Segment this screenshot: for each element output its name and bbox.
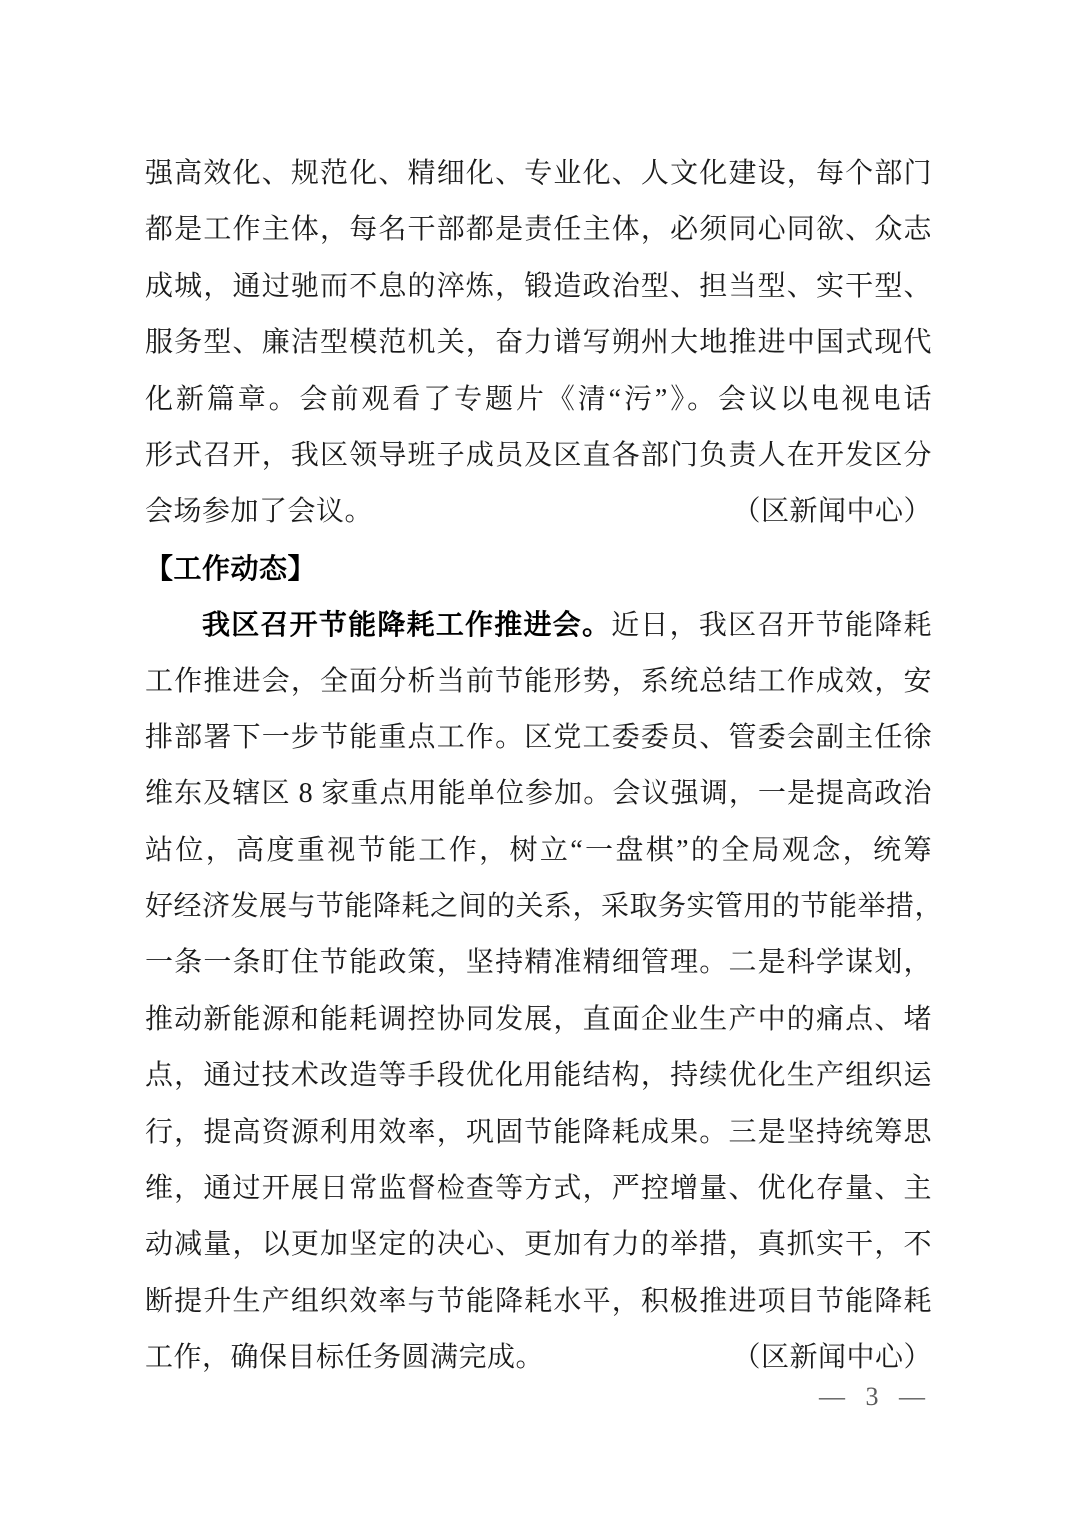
paragraph-line: 工作推进会，全面分析当前节能形势，系统总结工作成效，安 <box>145 654 932 710</box>
paragraph-line: 一条一条盯住节能政策，坚持精准精细管理。二是科学谋划， <box>145 935 932 991</box>
document-body: 强高效化、规范化、精细化、专业化、人文化建设，每个部门 都是工作主体，每名干部都… <box>145 146 932 1387</box>
paragraph-line: 点，通过技术改造等手段优化用能结构，持续优化生产组织运 <box>145 1048 932 1104</box>
attribution-news-center: （区新闻中心） <box>732 484 932 540</box>
paragraph-line: 维东及辖区 8 家重点用能单位参加。会议强调，一是提高政治 <box>145 766 932 822</box>
attribution-news-center: （区新闻中心） <box>732 1330 932 1386</box>
paragraph-first-line-text: 近日，我区召开节能降耗 <box>611 610 932 641</box>
paragraph-line: 服务型、廉洁型模范机关，奋力谱写朔州大地推进中国式现代 <box>145 315 932 371</box>
paragraph-line: 推动新能源和能耗调控协同发展，直面企业生产中的痛点、堵 <box>145 992 932 1048</box>
paragraph-last-line: 工作，确保目标任务圆满完成。 （区新闻中心） <box>145 1330 932 1386</box>
paragraph-line: 动减量，以更加坚定的决心、更加有力的举措，真抓实干，不 <box>145 1217 932 1273</box>
paragraph-line: 化新篇章。会前观看了专题片《清“污”》。会议以电视电话 <box>145 372 932 428</box>
paragraph-line: 维，通过开展日常监督检查等方式，严控增量、优化存量、主 <box>145 1161 932 1217</box>
paragraph-line: 强高效化、规范化、精细化、专业化、人文化建设，每个部门 <box>145 146 932 202</box>
paragraph-line: 都是工作主体，每名干部都是责任主体，必须同心同欲、众志 <box>145 202 932 258</box>
article-title-bold-leadin: 我区召开节能降耗工作推进会。 <box>202 609 611 640</box>
paragraph-line: 断提升生产组织效率与节能降耗水平，积极推进项目节能降耗 <box>145 1274 932 1330</box>
paragraph-line: 排部署下一步节能重点工作。区党工委委员、管委会副主任徐 <box>145 710 932 766</box>
document-page: 强高效化、规范化、精细化、专业化、人文化建设，每个部门 都是工作主体，每名干部都… <box>0 0 1074 1520</box>
paragraph-last-line-text: 会场参加了会议。 <box>145 484 373 540</box>
section-heading-work-trends: 【工作动态】 <box>145 541 932 597</box>
page-number: — 3 — <box>819 1382 932 1412</box>
paragraph-last-line: 会场参加了会议。 （区新闻中心） <box>145 484 932 540</box>
paragraph-line: 行，提高资源利用效率，巩固节能降耗成果。三是坚持统筹思 <box>145 1105 932 1161</box>
paragraph-line: 形式召开，我区领导班子成员及区直各部门负责人在开发区分 <box>145 428 932 484</box>
paragraph-last-line-text: 工作，确保目标任务圆满完成。 <box>145 1330 544 1386</box>
paragraph-line: 成城，通过驰而不息的淬炼，锻造政治型、担当型、实干型、 <box>145 259 932 315</box>
paragraph-first-line: 我区召开节能降耗工作推进会。近日，我区召开节能降耗 <box>145 597 932 653</box>
paragraph-line: 好经济发展与节能降耗之间的关系，采取务实管用的节能举措， <box>145 879 932 935</box>
paragraph-line: 站位，高度重视节能工作，树立“一盘棋”的全局观念，统筹 <box>145 823 932 879</box>
